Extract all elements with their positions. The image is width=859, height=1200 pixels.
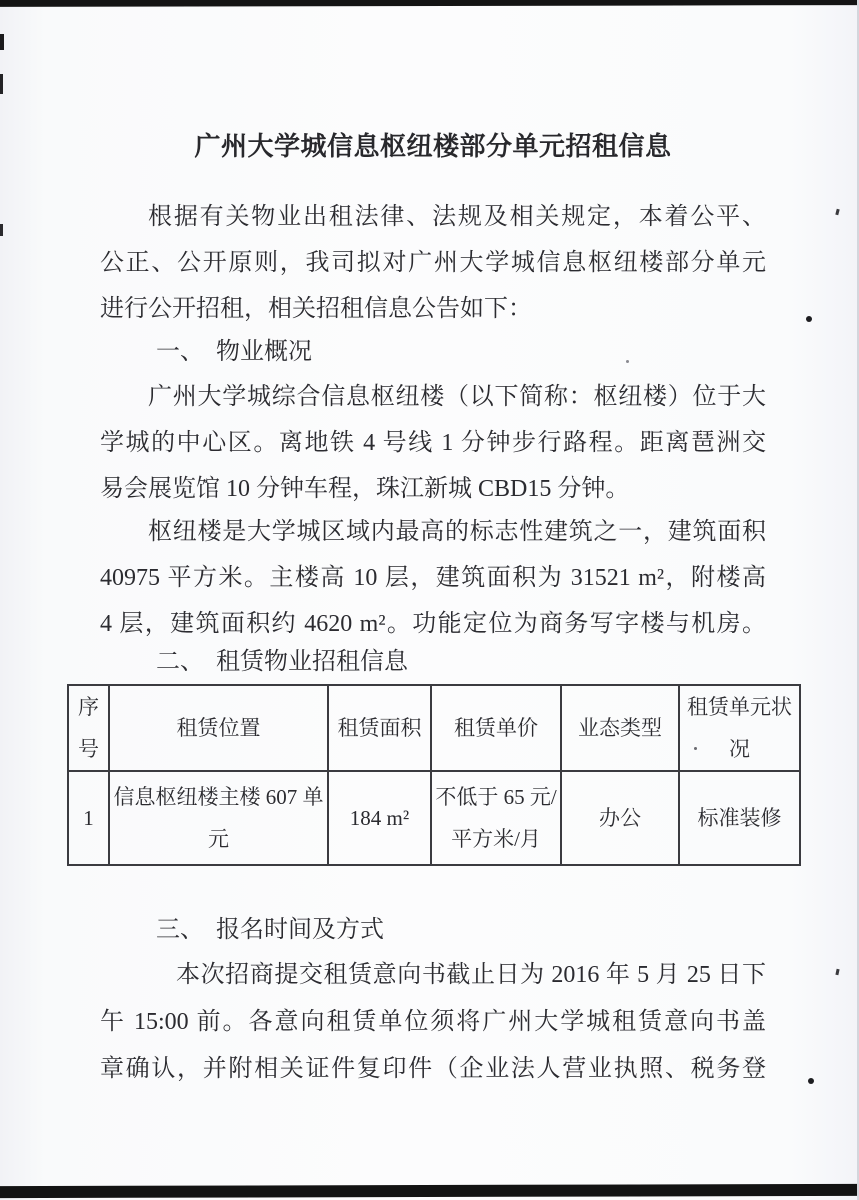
scan-artifact-mark xyxy=(0,224,3,236)
col-header-location: 租赁位置 xyxy=(109,685,328,771)
section-heading-3: 三、 报名时间及方式 xyxy=(100,913,822,947)
scan-speck xyxy=(806,316,812,322)
scan-speck xyxy=(835,209,839,216)
text-line: 4 层，建筑面积约 4620 m²。功能定位为商务写字楼与机房。 xyxy=(100,601,766,647)
table-header-row: 序 号 租赁位置 租赁面积 租赁单价 业态类型 租赁单元状 况 xyxy=(68,685,800,771)
cell-condition: 标准装修 xyxy=(679,771,800,865)
col-header-seq: 序 号 xyxy=(68,685,109,771)
col-header-price: 租赁单价 xyxy=(431,685,561,771)
text-line: 根据有关物业出租法律、法规及相关规定，本着公平、 xyxy=(100,194,766,240)
cell-price: 不低于 65 元/ 平方米/月 xyxy=(431,771,561,865)
intro-paragraph: 根据有关物业出租法律、法规及相关规定，本着公平、 公正、公开原则，我司拟对广州大… xyxy=(100,194,766,332)
text-line: 枢纽楼是大学城区域内最高的标志性建筑之一，建筑面积 xyxy=(100,509,766,555)
scan-edge-bar-bottom xyxy=(0,1184,859,1198)
section3-paragraph-1: 本次招商提交租赁意向书截止日为 2016 年 5 月 25 日下 午 15:00… xyxy=(100,952,766,1093)
text-line: 广州大学城综合信息枢纽楼（以下简称：枢纽楼）位于大 xyxy=(100,374,766,420)
cell-location: 信息枢纽楼主楼 607 单 元 xyxy=(109,771,328,865)
scan-artifact-mark xyxy=(0,34,4,50)
text-line: 学城的中心区。离地铁 4 号线 1 分钟步行路程。距离琶洲交 xyxy=(100,420,766,466)
scanned-document-page: 广州大学城信息枢纽楼部分单元招租信息 根据有关物业出租法律、法规及相关规定，本着… xyxy=(0,0,859,1200)
text-line: 午 15:00 前。各意向租赁单位须将广州大学城租赁意向书盖 xyxy=(100,999,766,1046)
text-line: 进行公开招租，相关招租信息公告如下： xyxy=(100,286,766,332)
cell-area: 184 m² xyxy=(328,771,431,865)
col-header-condition: 租赁单元状 况 xyxy=(679,685,800,771)
rental-info-table: 序 号 租赁位置 租赁面积 租赁单价 业态类型 租赁单元状 况 1 信息枢纽楼主… xyxy=(67,684,801,866)
scan-speck xyxy=(835,969,839,975)
text-line: 40975 平方米。主楼高 10 层，建筑面积为 31521 m²，附楼高 xyxy=(100,555,766,601)
document-title: 广州大学城信息枢纽楼部分单元招租信息 xyxy=(100,126,766,168)
text-line: 章确认，并附相关证件复印件（企业法人营业执照、税务登 xyxy=(100,1046,766,1093)
text-line: 易会展览馆 10 分钟车程，珠江新城 CBD15 分钟。 xyxy=(100,466,766,512)
cell-seq: 1 xyxy=(68,771,109,865)
section-heading-2: 二、 租赁物业招租信息 xyxy=(100,645,822,679)
text-line: 本次招商提交租赁意向书截止日为 2016 年 5 月 25 日下 xyxy=(100,952,766,999)
cell-usage: 办公 xyxy=(561,771,679,865)
col-header-usage: 业态类型 xyxy=(561,685,679,771)
scan-edge-bar-top xyxy=(0,0,859,7)
section1-paragraph-2: 枢纽楼是大学城区域内最高的标志性建筑之一，建筑面积 40975 平方米。主楼高 … xyxy=(100,509,766,647)
text-line: 公正、公开原则，我司拟对广州大学城信息枢纽楼部分单元 xyxy=(100,240,766,286)
col-header-area: 租赁面积 xyxy=(328,685,431,771)
section-heading-1: 一、 物业概况 xyxy=(100,335,822,369)
table-row: 1 信息枢纽楼主楼 607 单 元 184 m² 不低于 65 元/ 平方米/月… xyxy=(68,771,800,865)
scan-artifact-mark xyxy=(0,74,3,94)
section1-paragraph-1: 广州大学城综合信息枢纽楼（以下简称：枢纽楼）位于大 学城的中心区。离地铁 4 号… xyxy=(100,374,766,512)
scan-speck xyxy=(808,1078,814,1084)
